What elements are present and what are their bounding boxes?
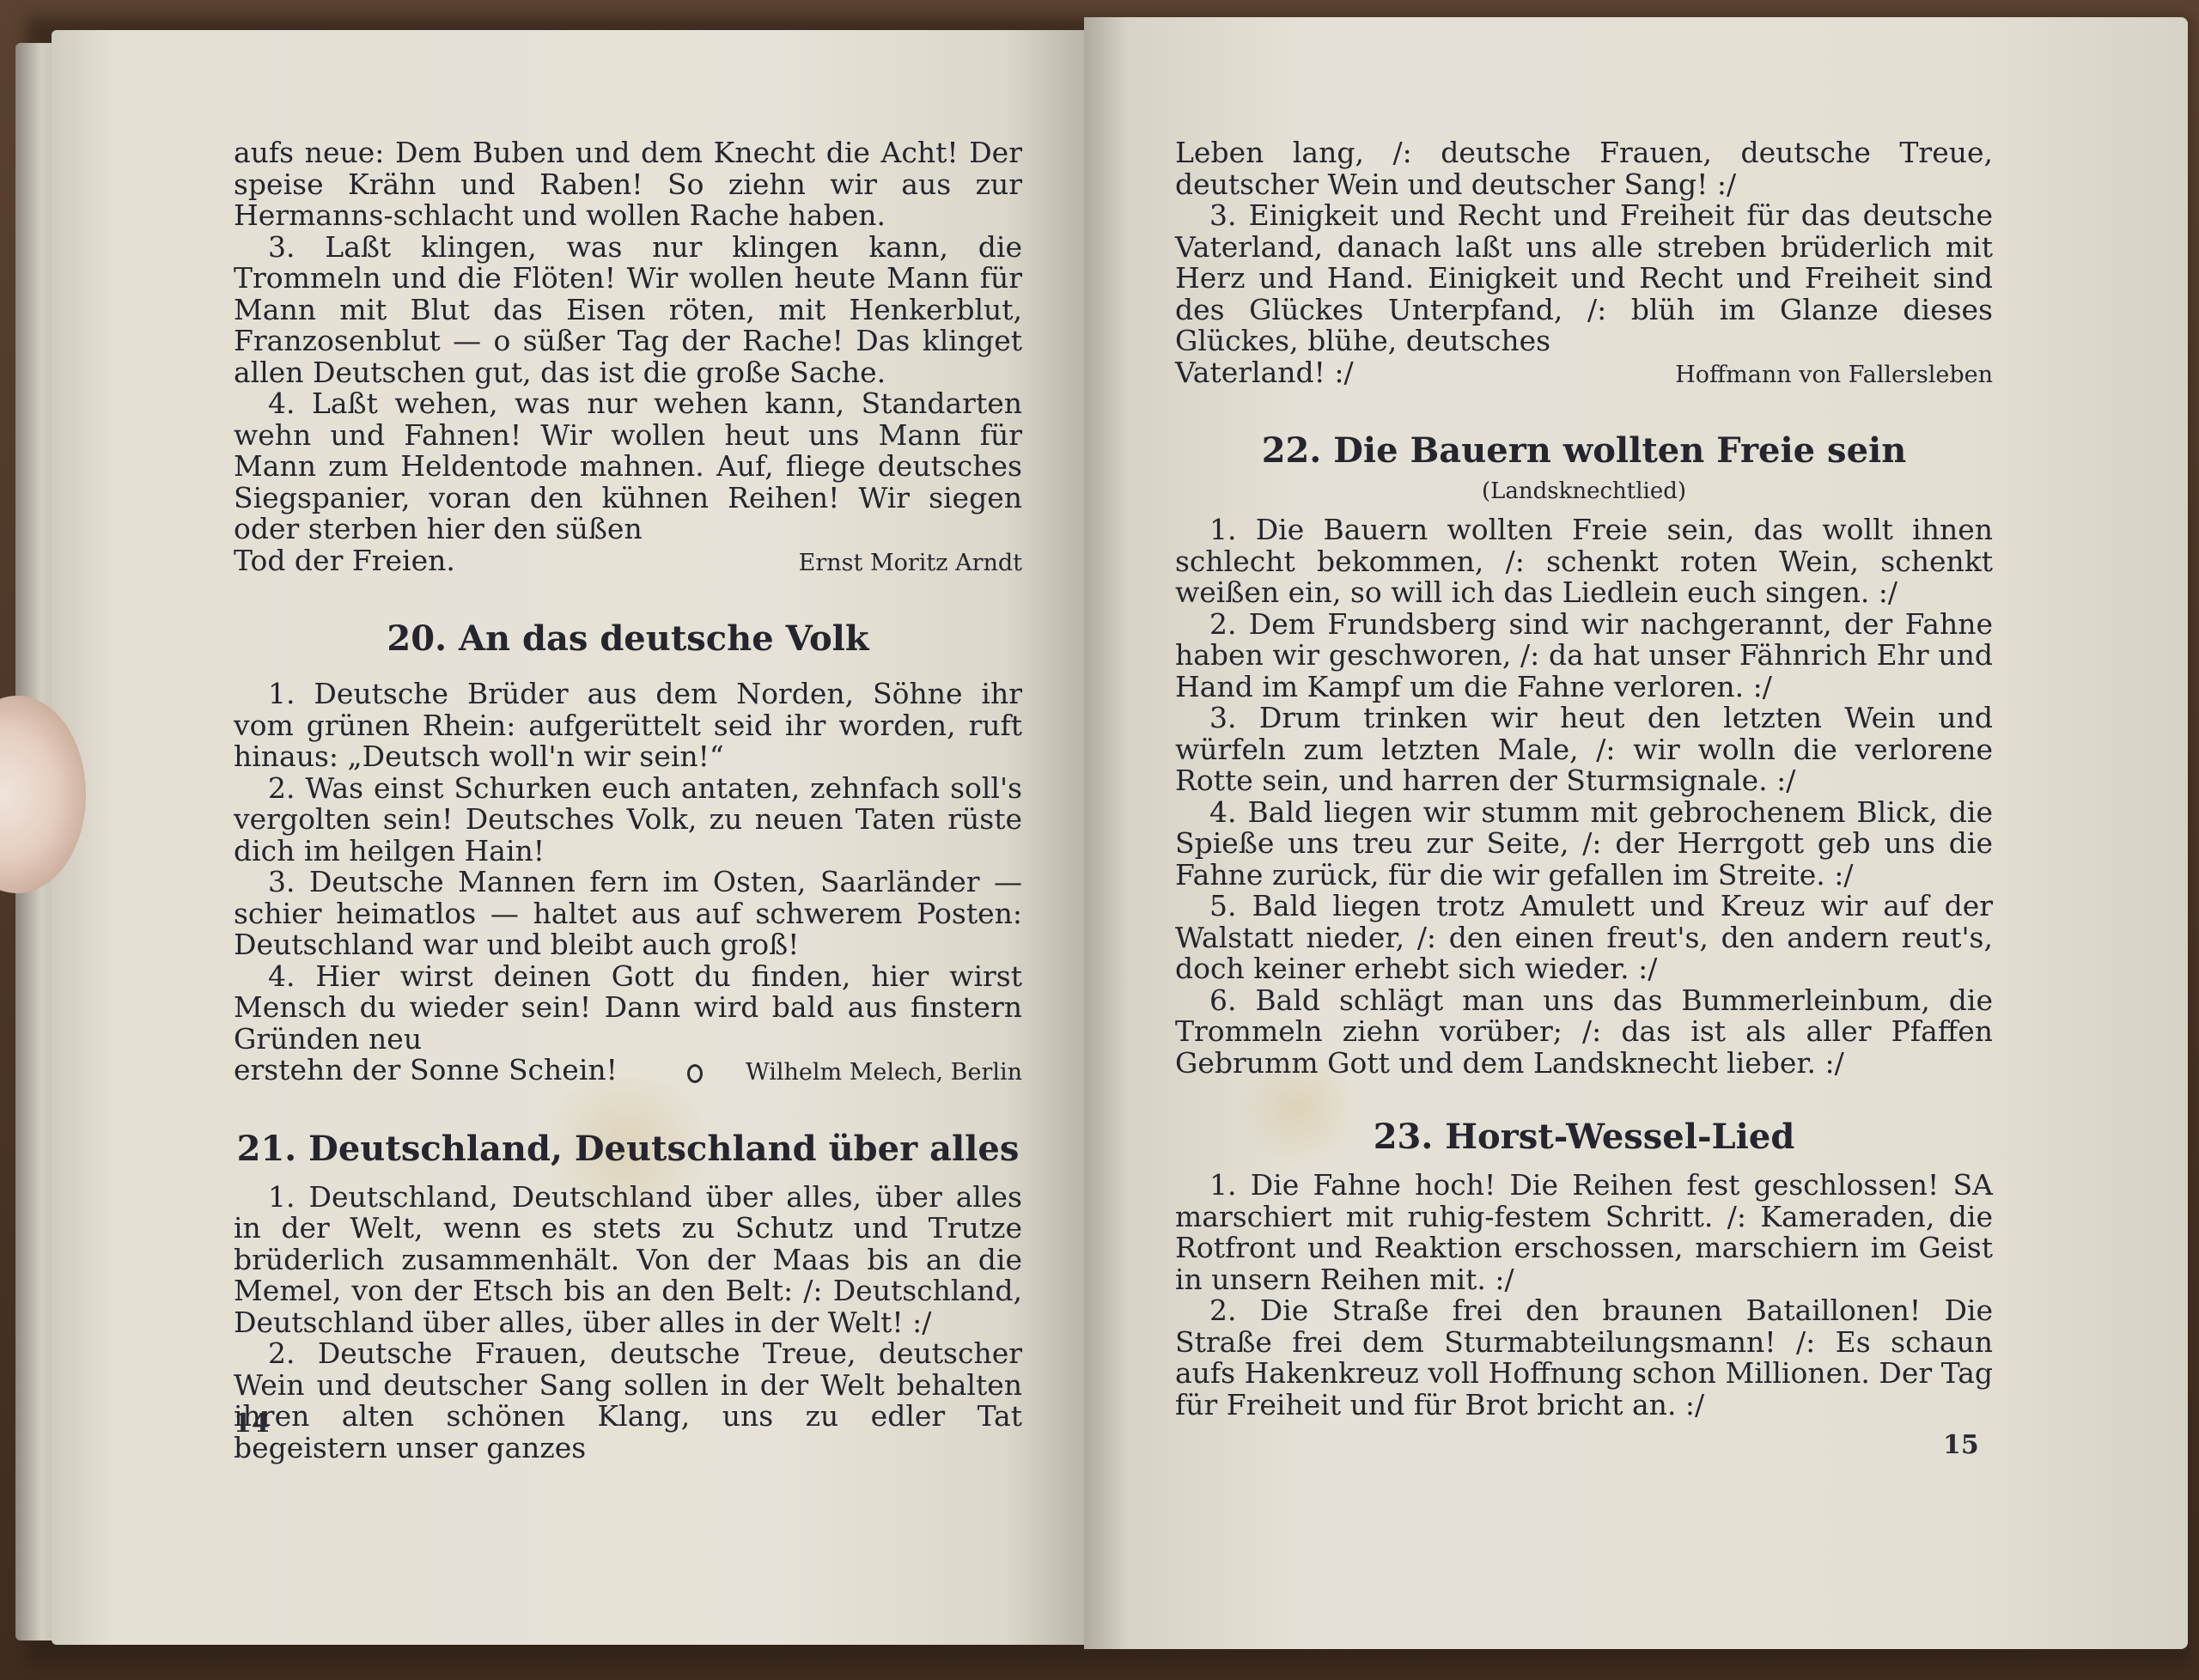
- left-page-text: aufs neue: Dem Buben und dem Knecht die …: [234, 137, 1022, 1464]
- verse: 2. Die Straße frei den braunen Bataillon…: [1175, 1295, 1993, 1421]
- verse: 3. Drum trinken wir heut den letzten Wei…: [1175, 703, 1993, 797]
- circle-ornament-icon: [687, 1064, 703, 1083]
- song-title: 21. Deutschland, Deutschland über alles: [234, 1129, 1022, 1170]
- verse: 1. Die Fahne hoch! Die Reihen fest gesch…: [1175, 1170, 1993, 1295]
- author-credit: Ernst Moritz Arndt: [799, 548, 1022, 580]
- right-page-text: Leben lang, /: deutsche Frauen, deutsche…: [1175, 137, 1993, 1421]
- verse: 2. Was einst Schurken euch antaten, zehn…: [234, 773, 1022, 867]
- verse: 3. Einigkeit und Recht und Freiheit für …: [1175, 200, 1993, 357]
- author-credit-line: Wilhelm Melech, Berlin: [687, 1057, 1022, 1089]
- verse: 6. Bald schlägt man uns das Bummerleinbu…: [1175, 985, 1993, 1080]
- author-credit: Hoffmann von Fallersleben: [1675, 360, 1993, 392]
- song-title: 23. Horst-Wessel-Lied: [1175, 1117, 1993, 1158]
- verse-end: Vaterland! :/: [1175, 357, 1354, 389]
- continuation-text: aufs neue: Dem Buben und dem Knecht die …: [234, 137, 1022, 232]
- verse-end: erstehn der Sonne Schein!: [234, 1055, 618, 1087]
- song-title: 20. An das deutsche Volk: [234, 618, 1022, 660]
- page-number-right: 15: [1943, 1430, 1979, 1460]
- verse: 3. Deutsche Mannen fern im Osten, Saarlä…: [234, 867, 1022, 961]
- author-credit: Wilhelm Melech, Berlin: [746, 1059, 1022, 1086]
- verse-last-line: erstehn der Sonne Schein! Wilhelm Melech…: [234, 1055, 1022, 1089]
- verse: 5. Bald liegen trotz Amulett und Kreuz w…: [1175, 891, 1993, 985]
- verse: 1. Deutschland, Deutschland über alles, …: [234, 1182, 1022, 1339]
- verse: 4. Hier wirst deinen Gott du finden, hie…: [234, 961, 1022, 1056]
- verse: 1. Deutsche Brüder aus dem Norden, Söhne…: [234, 679, 1022, 773]
- verse: 2. Dem Frundsberg sind wir nachgerannt, …: [1175, 609, 1993, 703]
- verse: 4. Bald liegen wir stumm mit gebrochenem…: [1175, 797, 1993, 892]
- verse-end: Tod der Freien.: [234, 545, 455, 577]
- continuation-text: Leben lang, /: deutsche Frauen, deutsche…: [1175, 137, 1993, 200]
- verse: 3. Laßt klingen, was nur klingen kann, d…: [234, 232, 1022, 389]
- verse: 2. Deutsche Frauen, deutsche Treue, deut…: [234, 1338, 1022, 1464]
- page-number-left: 14: [234, 1409, 270, 1439]
- song-subtitle: (Landsknechtlied): [1175, 477, 1993, 506]
- verse: 1. Die Bauern wollten Freie sein, das wo…: [1175, 514, 1993, 609]
- verse-last-line: Tod der Freien. Ernst Moritz Arndt: [234, 545, 1022, 580]
- verse: 4. Laßt wehen, was nur wehen kann, Stand…: [234, 388, 1022, 545]
- verse-last-line: Vaterland! :/ Hoffmann von Fallersleben: [1175, 357, 1993, 392]
- song-title: 22. Die Bauern wollten Freie sein: [1175, 430, 1993, 472]
